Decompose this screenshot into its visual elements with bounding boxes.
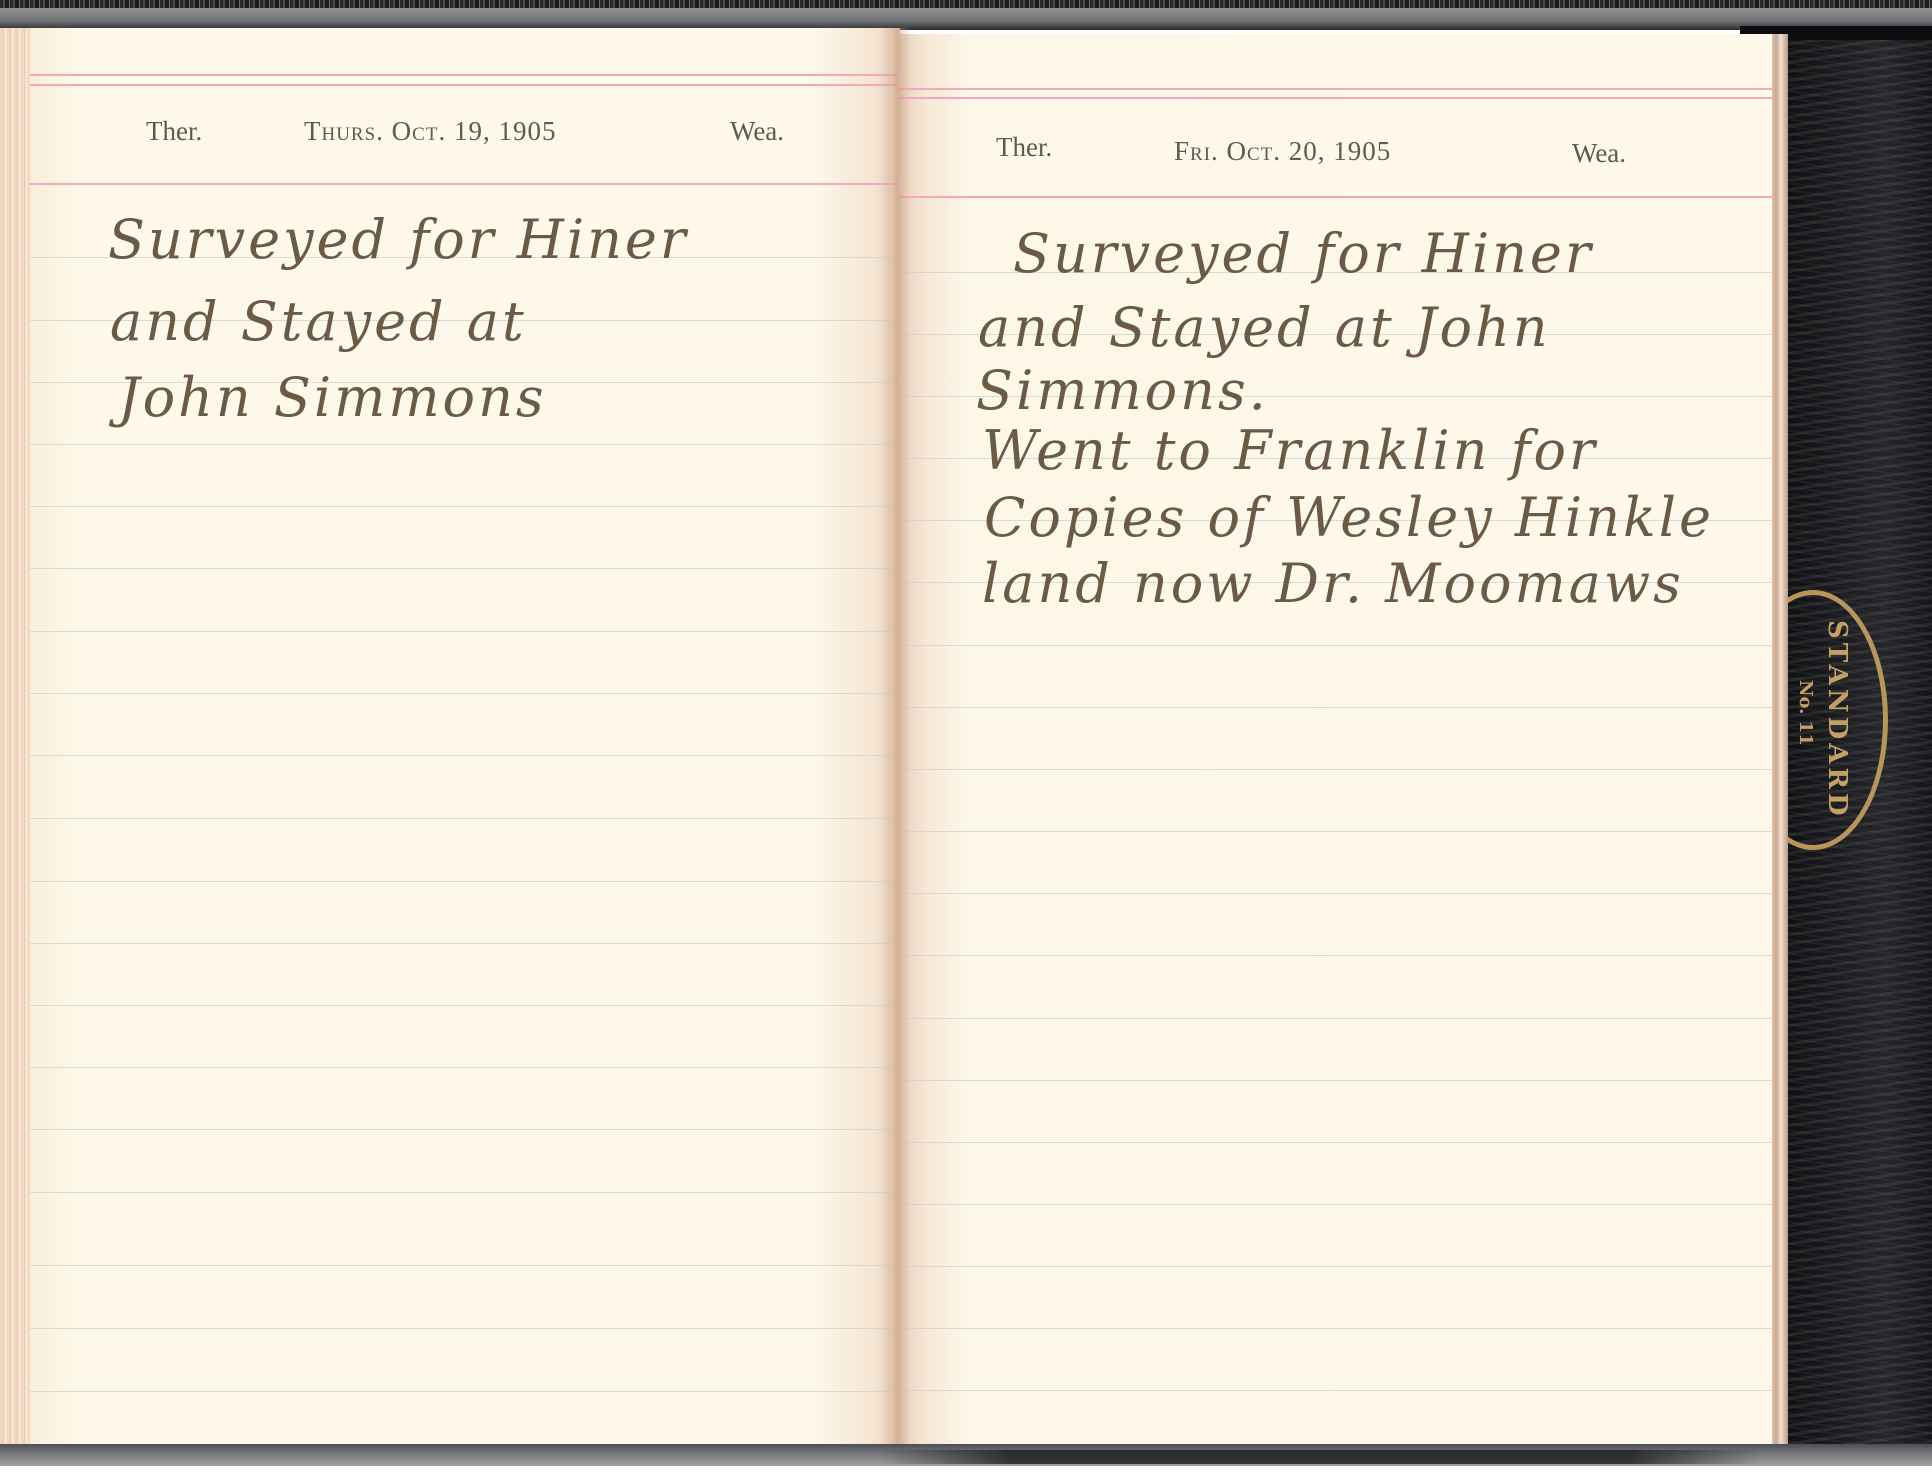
ruled-line xyxy=(898,1080,1772,1081)
ruled-line xyxy=(30,881,900,882)
ruled-line xyxy=(30,1067,900,1068)
ruled-line xyxy=(898,1266,1772,1267)
book-gutter-shadow xyxy=(880,28,910,1444)
ruled-line xyxy=(30,1391,900,1392)
pink-rule xyxy=(30,74,900,76)
scan-top-strip xyxy=(0,0,1932,8)
ruled-line xyxy=(30,1005,900,1006)
weather-label: Wea. xyxy=(1572,138,1626,169)
handwritten-entry-line: and Stayed at John xyxy=(978,296,1551,359)
ruled-line xyxy=(898,769,1772,770)
handwritten-entry-line: and Stayed at xyxy=(110,290,527,353)
ruled-line xyxy=(898,1204,1772,1205)
handwritten-entry-line: land now Dr. Moomaws xyxy=(982,552,1684,615)
ruled-line xyxy=(30,943,900,944)
scan-top-band xyxy=(0,8,1932,30)
ruled-line xyxy=(30,631,900,632)
pink-rule xyxy=(898,88,1772,90)
left-page-stack-edge xyxy=(0,28,30,1446)
left-diary-page: Ther. Thurs. Oct. 19, 1905 Wea. Surveyed… xyxy=(30,28,900,1444)
thermometer-label: Ther. xyxy=(146,116,202,147)
right-diary-page: Ther. Fri. Oct. 20, 1905 Wea. Surveyed f… xyxy=(898,34,1772,1444)
thermometer-label: Ther. xyxy=(996,132,1052,163)
ruled-line xyxy=(898,893,1772,894)
pink-rule xyxy=(898,196,1772,198)
ruled-line xyxy=(30,506,900,507)
handwritten-entry-line: Went to Franklin for xyxy=(982,419,1598,482)
right-page-stack-edge xyxy=(1770,34,1788,1446)
ruled-line xyxy=(898,1328,1772,1329)
handwritten-entry-line: Surveyed for Hiner xyxy=(1013,222,1594,285)
pink-rule xyxy=(898,97,1772,99)
ruled-line xyxy=(30,693,900,694)
weather-label: Wea. xyxy=(730,116,784,147)
scan-bottom-shadow xyxy=(880,1450,1760,1464)
pink-rule xyxy=(30,183,900,185)
handwritten-entry-line: Simmons. xyxy=(976,359,1269,422)
pink-rule xyxy=(30,84,900,86)
ruled-line xyxy=(30,755,900,756)
ruled-line xyxy=(898,707,1772,708)
page-date: Fri. Oct. 20, 1905 xyxy=(1174,136,1391,167)
ruled-line xyxy=(898,1142,1772,1143)
ruled-line xyxy=(30,568,900,569)
ruled-line xyxy=(898,831,1772,832)
ruled-line xyxy=(30,1192,900,1193)
ruled-line xyxy=(898,1018,1772,1019)
handwritten-entry-line: Copies of Wesley Hinkle xyxy=(984,486,1714,549)
ruled-line xyxy=(898,1390,1772,1391)
cover-emblem-number: No. 11 xyxy=(1793,680,1817,780)
ruled-line xyxy=(898,645,1772,646)
ruled-line xyxy=(30,818,900,819)
ruled-line xyxy=(898,955,1772,956)
ruled-line xyxy=(30,444,900,445)
handwritten-entry-line: John Simmons xyxy=(118,366,547,429)
ruled-line xyxy=(30,1328,900,1329)
page-date: Thurs. Oct. 19, 1905 xyxy=(304,116,556,147)
cover-emblem-text: STANDARD xyxy=(1822,605,1852,835)
ruled-line xyxy=(30,1265,900,1266)
ruled-line xyxy=(30,1129,900,1130)
handwritten-entry-line: Surveyed for Hiner xyxy=(108,208,689,271)
